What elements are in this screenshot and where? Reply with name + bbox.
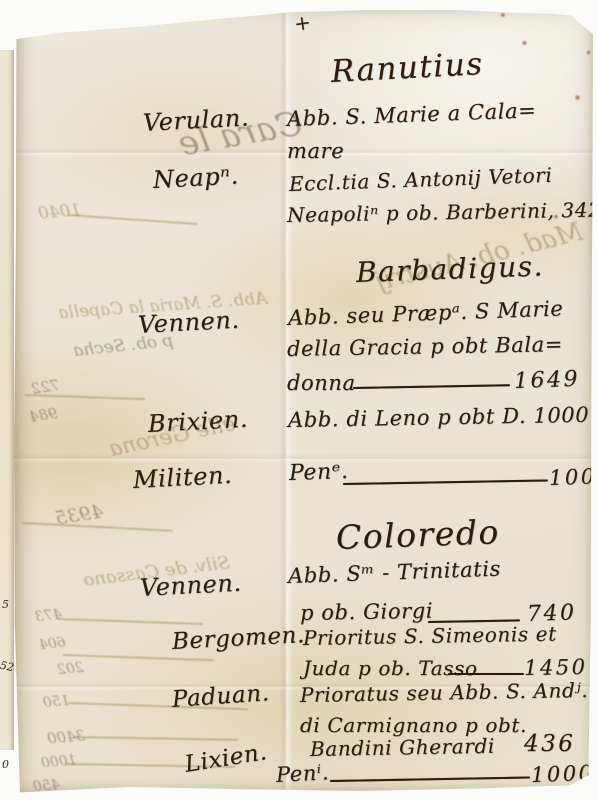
cross-mark: + [292, 10, 313, 36]
foxing-spot [500, 12, 506, 18]
section-heading: Coloredo [335, 512, 500, 557]
entry-line: della Gracia p obt Bala= [287, 332, 563, 361]
entry-amount: 1649 [514, 367, 581, 394]
entry-label: Lixien. [183, 739, 269, 778]
bleedthrough-line [23, 522, 173, 532]
facing-page-fragment: 0 [2, 758, 9, 771]
leader-line [353, 384, 510, 389]
bleedthrough-line [58, 618, 203, 625]
entry-label: Brixien. [147, 405, 248, 438]
facing-page-fragment: 52 [0, 659, 15, 675]
entry-line: Prioritus S. Simeonis et [303, 622, 557, 650]
foxing-spot [559, 10, 564, 15]
entry-label: Verulan. [142, 103, 249, 137]
bleedthrough-fragment: 1040 [37, 200, 82, 224]
entry-label: Bergomen. [171, 622, 305, 655]
section-heading: Barbadigus. [355, 249, 544, 289]
entry-line: Abb. seu Præpᵃ. S Marie [288, 296, 564, 330]
leader-line [448, 673, 524, 675]
foxing-spot [521, 40, 528, 46]
entry-line: Abb. Sᵐ - Trinitatis [288, 557, 502, 588]
entry-label: Paduan. [171, 680, 270, 713]
entry-label: Militen. [132, 461, 233, 494]
bleedthrough-fragment: 1000 [40, 752, 77, 771]
entry-amount: 1000 [531, 761, 595, 787]
entry-line: Bandini Gherardi [310, 734, 495, 761]
entry-label: Vennen. [139, 569, 242, 602]
bleedthrough-line [73, 736, 238, 741]
bleedthrough-fragment: 604 [38, 635, 66, 654]
foxing-spot [586, 50, 591, 55]
facing-page-edge: 5 52 0 [0, 50, 14, 750]
entry-label: Neapⁿ. [152, 162, 239, 194]
entry-line: Abb. di Leno p obt D. 1000 [288, 403, 590, 432]
bleedthrough-fragment: 150 [42, 693, 70, 711]
entry-line: Penᵉ. [289, 459, 349, 486]
section-heading: Ranutius [330, 46, 484, 90]
entry-amount: 1000 [549, 464, 597, 490]
bleedthrough-fragment: 202 [56, 660, 84, 679]
entry-amount: 1450 [524, 655, 588, 680]
manuscript-page: Cara le Abb. S. Maria la Capella p ob. S… [13, 6, 593, 794]
bleedthrough-fragment: 984 [28, 404, 59, 426]
manuscript-scan: 5 52 0 Cara le Abb. S. Maria la Capella … [0, 0, 597, 800]
entry-label: Vennen. [137, 306, 240, 339]
leader-line [330, 777, 530, 782]
entry-line: donna [287, 371, 356, 395]
entry-line: Eccl.tia S. Antonij Vetori [289, 163, 553, 196]
entry-line: Abb. S. Marie a Cala= [287, 98, 537, 131]
entry-line: Prioratus seu Abb. S. Andʲ. [300, 678, 589, 707]
entry-amount: 436 [524, 731, 575, 757]
entry-line: p ob. Giorgi [300, 599, 433, 625]
bleedthrough-fragment: 473 [34, 607, 62, 626]
entry-line: Penⁱ. [275, 760, 329, 787]
facing-page-fragment: 5 [2, 598, 9, 611]
leader-line [343, 479, 548, 485]
entry-line: Juda p ob. Tasso [303, 656, 478, 680]
bleedthrough-line [25, 394, 145, 400]
entry-line: mare [287, 139, 344, 163]
foxing-spot [574, 94, 581, 101]
bleedthrough-line [68, 214, 198, 225]
bleedthrough-line [63, 654, 213, 661]
bleedthrough-fragment: 450 [32, 777, 60, 795]
